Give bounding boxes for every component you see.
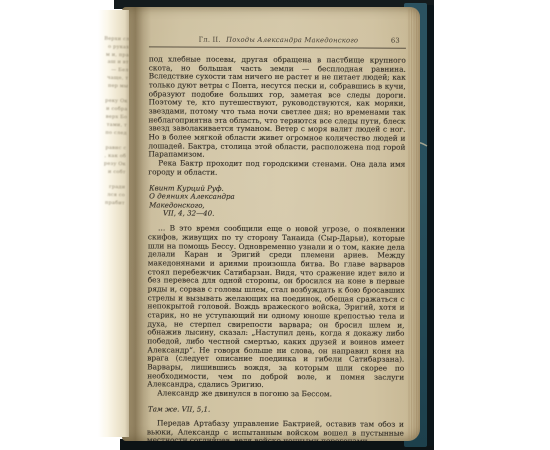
paragraph-satibarzan: … В это время сообщили еще о новой угроз… (147, 225, 405, 391)
page-content: Гл. II. Походы Александра Македонского 6… (122, 7, 420, 441)
left-page-sliver: Верхи сло рукахм и, прааш и вт— Белчаще,… (98, 10, 129, 437)
chapter-title: Походы Александра Македонского (226, 36, 358, 45)
citation-reference: VII, 4, 32—40. (149, 209, 405, 219)
citation-work-title: О деяниях Александра Македонского, (149, 193, 249, 210)
paragraph-artabazus: Передав Артабазу управление Бактрией, ос… (147, 420, 404, 441)
paragraph-pursuit: Александр же двинулся в погоню за Бессом… (147, 389, 404, 399)
running-header: Гл. II. Походы Александра Македонского 6… (149, 35, 406, 44)
header-rule (149, 46, 406, 48)
body-text: под хлебные посевы, другая обращена в па… (147, 55, 406, 441)
book-photo: Гл. II. Походы Александра Македонского 6… (98, 0, 434, 450)
paragraph-bactra-river: Река Бактр проходит под городскими стена… (148, 159, 405, 178)
header-title-group: Гл. II. Походы Александра Македонского (166, 35, 391, 44)
page-number: 63 (391, 37, 406, 45)
paragraph-continuation: под хлебные посевы, другая обращена в па… (148, 55, 406, 160)
citation-ibid: Там же. VII, 5,1. (148, 405, 404, 415)
chapter-label: Гл. II. (199, 36, 221, 44)
screenshot-background: Гл. II. Походы Александра Македонского 6… (0, 0, 550, 450)
left-page-illegible-text: Верхи сло рукахм и, прааш и вт— Белчаще,… (99, 36, 129, 216)
citation-block: Квинт Курций Руф. О деяниях Александра М… (149, 185, 405, 220)
right-page: Гл. II. Походы Александра Македонского 6… (122, 7, 420, 441)
